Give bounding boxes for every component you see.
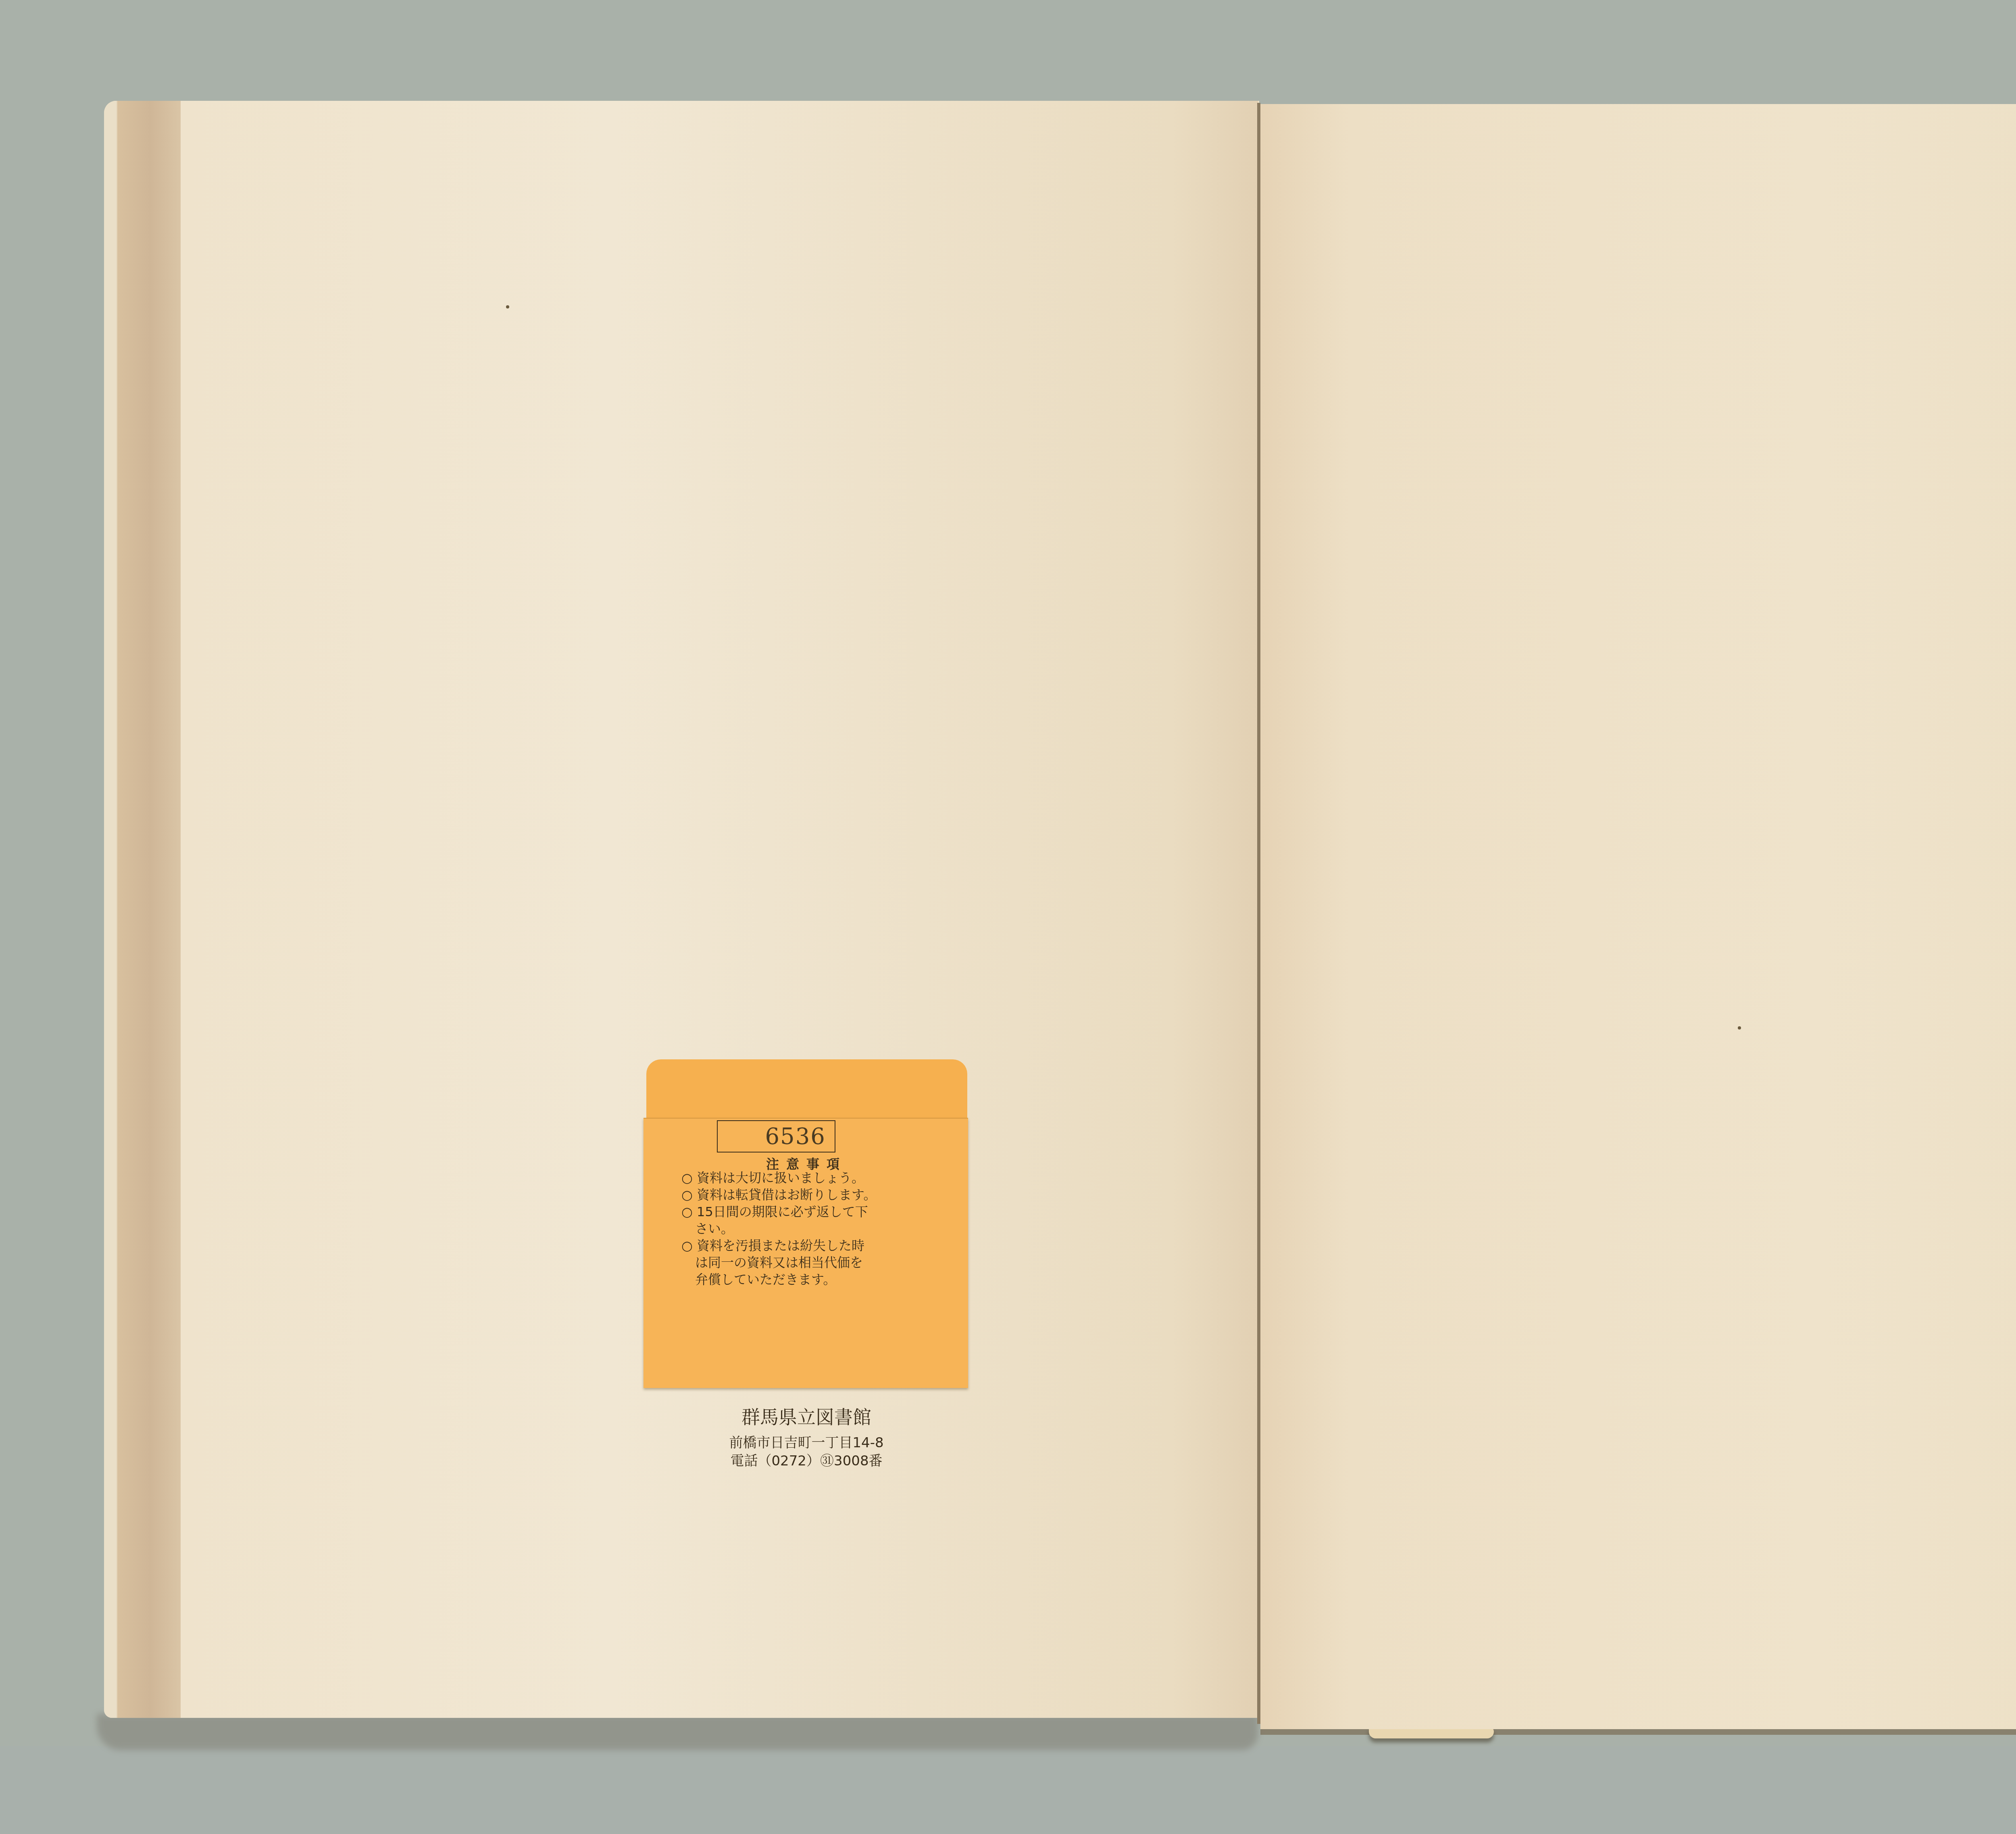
rule-item: ○ 15日間の期限に必ず返して下 さい。 [681, 1203, 964, 1237]
right-page [1260, 104, 2016, 1729]
circle-bullet-icon: ○ [681, 1204, 693, 1219]
library-address: 前橋市日吉町一丁目14-8 [645, 1432, 968, 1451]
call-number: 6536 [765, 1123, 826, 1150]
circle-bullet-icon: ○ [681, 1187, 693, 1203]
page-edges [104, 101, 181, 1718]
circle-bullet-icon: ○ [681, 1170, 693, 1186]
rule-item: ○ 資料を汚損または紛失した時 は同一の資料又は相当代価を 弁償していただきます… [681, 1237, 964, 1288]
library-phone: 電話（0272）㉛3008番 [645, 1450, 968, 1469]
left-page-surface [181, 101, 1258, 1718]
library-name: 群馬県立図書館 [645, 1403, 968, 1429]
notice-rules: ○ 資料は大切に扱いましょう。 ○ 資料は転貸借はお断りします。 ○ 15日間の… [681, 1169, 964, 1288]
circle-bullet-icon: ○ [681, 1238, 693, 1253]
rule-item: ○ 資料は転貸借はお断りします。 [681, 1186, 964, 1203]
rule-item: ○ 資料は大切に扱いましょう。 [681, 1169, 964, 1186]
paper-speck [506, 305, 509, 308]
book-gutter [1257, 103, 1260, 1724]
scanner-background-lower [0, 1746, 2016, 1834]
paper-speck [1738, 1026, 1741, 1030]
book-shadow [97, 1714, 1258, 1750]
call-number-box: 6536 [717, 1120, 835, 1153]
